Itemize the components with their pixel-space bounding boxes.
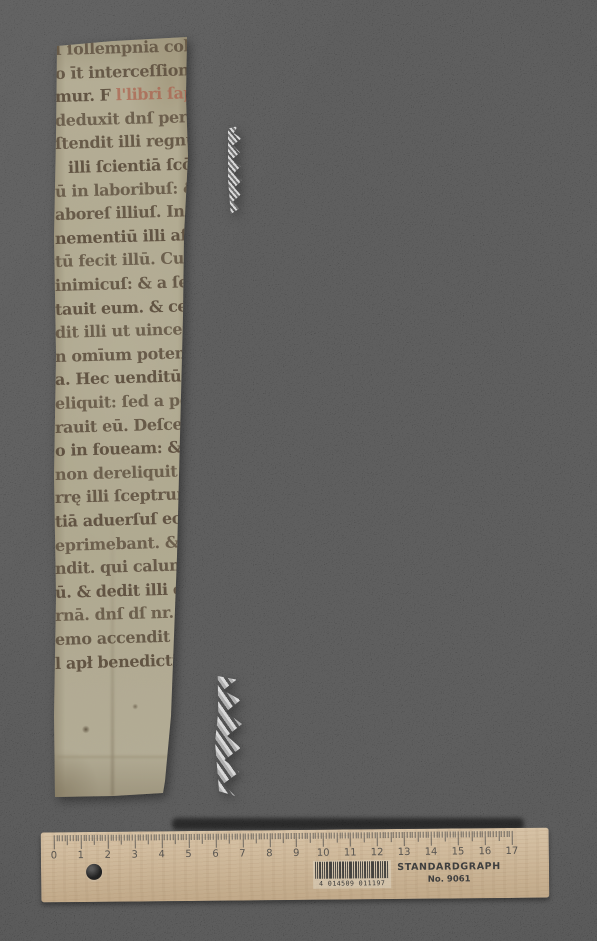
manuscript-line: mur. F l'libri ſap' <box>55 83 190 107</box>
barcode-bar <box>364 861 366 878</box>
manuscript-line: l apł benedicti abb <box>55 649 190 673</box>
ruler-tick <box>425 832 426 838</box>
ruler-tick <box>401 832 402 838</box>
ruler-tick <box>70 835 71 841</box>
ruler-tick <box>118 835 119 841</box>
manuscript-line: eprimebant. & me <box>55 531 190 555</box>
ink-text: eliquit: ſed a pecc <box>55 390 190 413</box>
ruler-tick <box>151 834 152 840</box>
ruler-tick <box>161 834 162 848</box>
ink-text: ū. & dedit illi cl <box>55 579 188 602</box>
ruler-tick <box>229 834 230 844</box>
ruler-tick <box>361 832 362 838</box>
ruler-number: 3 <box>131 850 137 861</box>
ruler-tick <box>372 832 373 838</box>
ruler-number: 10 <box>317 848 330 859</box>
ruler-tick <box>323 833 324 847</box>
manuscript-line: illi ſcientiā ſcōr. <box>68 154 190 178</box>
ruler-number: 13 <box>398 847 411 858</box>
ruler-tick <box>213 834 214 840</box>
ruler-tick <box>264 833 265 839</box>
ink-text: ndit. qui calumpn <box>55 555 190 578</box>
ruler-tick <box>258 833 259 839</box>
ink-text: dit illi ut uincer <box>55 319 190 342</box>
ruler-tick <box>202 834 203 844</box>
manuscript-line: tū fecit illū. Cuſt <box>55 248 190 272</box>
barcode-bar <box>337 862 338 879</box>
barcode-bar <box>347 861 348 878</box>
ruler-tick <box>126 835 127 841</box>
ruler-tick <box>471 831 472 841</box>
ruler-tick <box>428 832 429 838</box>
ruler-number: 11 <box>344 847 357 858</box>
ruler-tick <box>186 834 187 840</box>
ruler-tick <box>207 834 208 840</box>
ruler-tick <box>506 831 507 837</box>
ruler-tick <box>358 832 359 838</box>
ink-text: ſ ſollempnia coli <box>55 36 190 59</box>
ruler-tick <box>404 832 405 846</box>
ruler-tick <box>164 834 165 840</box>
ruler-model: No. 9061 <box>393 874 505 885</box>
manuscript-line: eliquit: ſed a pecc <box>55 390 190 414</box>
ruler-tick <box>62 835 63 841</box>
ruler-tick <box>466 831 467 837</box>
ruler-tick <box>234 834 235 840</box>
ink-text: tū fecit illū. Cuſt <box>55 248 190 271</box>
ruler-tick <box>143 834 144 840</box>
barcode-bar <box>333 862 334 879</box>
manuscript-line: non dereliquit illi <box>55 461 190 485</box>
ruler-tick <box>409 832 410 838</box>
ruler-tick <box>342 833 343 839</box>
ruler-tick <box>196 834 197 840</box>
ruler-tick <box>310 833 311 843</box>
ink-text: rauit eū. Deſcen <box>55 414 190 437</box>
ruler-tick <box>81 835 82 849</box>
ink-text: n omīum potenti <box>55 343 190 366</box>
ruler-tick <box>482 831 483 837</box>
ruler-tick <box>215 834 216 848</box>
ruler-tick <box>474 831 475 837</box>
ruler-tick <box>105 835 106 841</box>
manuscript-line: deduxit dnſ per u <box>55 107 190 131</box>
ruler-tick <box>388 832 389 838</box>
ruler-tick <box>296 833 297 847</box>
ruler-tick <box>302 833 303 839</box>
barcode-bar <box>319 862 321 879</box>
ink-text: ū in laboribuſ: & <box>55 178 190 201</box>
ink-text: illi ſcientiā ſcōr. <box>68 154 190 177</box>
ruler-tick <box>431 832 432 846</box>
ruler-tick <box>490 831 491 837</box>
ruler-tick <box>417 832 418 842</box>
barcode-bar <box>355 861 357 878</box>
ink-text: l apł benedicti abb <box>55 649 190 672</box>
ruler-tick <box>97 835 98 841</box>
ink-text: eprimebant. & me <box>55 531 190 554</box>
manuscript-line: a. Hec uenditū <box>55 367 182 391</box>
ruler-tick <box>495 831 496 837</box>
ruler-number: 14 <box>425 847 438 858</box>
ruler-tick <box>439 832 440 838</box>
ruler-tick <box>434 832 435 838</box>
ruler-tick <box>458 831 459 845</box>
ruler-tick <box>223 834 224 840</box>
ruler-tick <box>415 832 416 838</box>
ruler-tick <box>159 834 160 840</box>
manuscript-line: rnā. dnſ dſ nr. · <box>55 603 185 627</box>
barcode-bar <box>349 861 352 878</box>
ruler-tick <box>291 833 292 839</box>
parchment-crease <box>111 506 114 796</box>
ink-text: tiā aduerſuſ eoſ <box>55 508 189 531</box>
ink-text: rrę illi ſceptrum <box>55 485 190 508</box>
ruler-number: 17 <box>505 846 518 857</box>
ruler-tick <box>199 834 200 840</box>
ruler-tick <box>132 835 133 841</box>
ruler-tick <box>512 831 513 845</box>
ruler-tick <box>86 835 87 841</box>
ruler-tick <box>345 833 346 839</box>
ruler-tick <box>328 833 329 839</box>
ruler-tick <box>493 831 494 837</box>
ruler-tick <box>248 833 249 839</box>
ruler-tick <box>374 832 375 838</box>
ruler-number: 6 <box>212 849 218 860</box>
manuscript-line: rauit eū. Deſcen <box>55 414 190 438</box>
ruler-tick <box>170 834 171 840</box>
ruler-tick <box>237 834 238 840</box>
manuscript-line: ū in laboribuſ: & <box>55 178 190 202</box>
ruler-tick <box>110 835 111 841</box>
ruler-tick <box>145 834 146 840</box>
ruler-tick <box>175 834 176 844</box>
ruler-tick <box>504 831 505 837</box>
ruler-tick <box>194 834 195 840</box>
rubric-text: · <box>173 603 184 622</box>
barcode-bar <box>358 861 359 878</box>
manuscript-line: inimicuſ: & a ſed <box>55 272 190 296</box>
ruler-tick <box>64 835 65 841</box>
ruler-tick <box>460 831 461 837</box>
manuscript-line: aboreſ illiuſ. In fr <box>55 201 190 225</box>
ruler-tick <box>320 833 321 839</box>
ruler-number: 16 <box>478 846 491 857</box>
ruler-tick <box>226 834 227 840</box>
ruler-number: 0 <box>51 850 57 861</box>
ruler-tick <box>178 834 179 840</box>
ruler-tick <box>315 833 316 839</box>
ruler-tick <box>78 835 79 841</box>
ruler-tick <box>337 833 338 843</box>
barcode-bar <box>371 861 374 878</box>
ink-text: aboreſ illiuſ. In fr <box>55 201 190 224</box>
barcode-bar <box>384 861 386 878</box>
ink-text: o in foueam: & in u <box>55 437 190 461</box>
parchment-fold <box>57 756 177 758</box>
wooden-ruler: 01234567891011121314151617 4 014509 0111… <box>41 828 550 903</box>
barcode-bars <box>315 861 389 879</box>
ruler-tick <box>377 832 378 846</box>
barcode-bar <box>326 862 328 879</box>
parchment-surface: ſ ſollempnia colio īt interceſſionimur. … <box>53 36 190 798</box>
ruler-tick <box>102 835 103 841</box>
manuscript-line: emo accendit lu <box>55 626 190 650</box>
ruler-tick <box>73 835 74 841</box>
ruler-tick <box>277 833 278 839</box>
ruler-tick <box>288 833 289 839</box>
ruler-tick <box>253 833 254 839</box>
ruler-tick <box>156 834 157 840</box>
ruler-number: 2 <box>105 850 111 861</box>
barcode-bar <box>380 861 381 878</box>
ruler-tick <box>240 834 241 840</box>
barcode-bar <box>342 862 344 879</box>
ruler-tick <box>108 835 109 849</box>
ruler-tick <box>172 834 173 840</box>
ruler-tick <box>94 835 95 845</box>
ruler-tick <box>231 834 232 840</box>
ruler-tick <box>380 832 381 838</box>
ink-text: inimicuſ: & a ſed <box>55 272 190 295</box>
ruler-tick <box>191 834 192 840</box>
ink-text: o īt interceſſioni <box>55 60 190 83</box>
barcode-bar <box>353 861 354 878</box>
ruler-tick <box>347 832 348 838</box>
ruler-tick <box>221 834 222 840</box>
ruler-tick <box>436 832 437 838</box>
ruler-tick <box>350 832 351 846</box>
ruler-tick <box>116 835 117 841</box>
ruler-tick <box>450 832 451 838</box>
ruler-tick <box>312 833 313 839</box>
ink-text: non dereliquit illi <box>55 461 190 484</box>
ruler-tick <box>153 834 154 840</box>
ruler-tick <box>67 835 68 845</box>
manuscript-line: ū. & dedit illi cl <box>55 579 188 603</box>
ruler-tick <box>353 832 354 838</box>
ruler-tick <box>477 831 478 837</box>
ruler-tick <box>91 835 92 841</box>
barcode-bar <box>315 862 316 879</box>
ruler-tick <box>339 833 340 839</box>
ruler-tick <box>369 832 370 838</box>
ruler-tick <box>399 832 400 838</box>
barcode-bar <box>369 861 370 878</box>
manuscript-line: tiā aduerſuſ eoſ <box>55 508 189 532</box>
ruler-tick <box>485 831 486 845</box>
ink-text: mur. F <box>55 85 116 106</box>
ruler-tick <box>326 833 327 839</box>
ruler-tick <box>355 832 356 838</box>
ruler-tick <box>183 834 184 840</box>
ruler-number: 5 <box>185 849 191 860</box>
barcode-bar <box>322 862 323 879</box>
ruler-brand: STANDARDGRAPH <box>393 861 505 873</box>
ruler-tick <box>56 835 57 841</box>
ruler-tick <box>269 833 270 847</box>
ink-text: a. Hec uenditū <box>55 367 182 390</box>
manuscript-text: ſ ſollempnia colio īt interceſſionimur. … <box>53 36 190 798</box>
ruler-tick <box>205 834 206 840</box>
ruler-tick <box>498 831 499 841</box>
manuscript-line: rrę illi ſceptrum <box>55 485 190 509</box>
ruler-tick <box>59 835 60 841</box>
ruler-tick <box>99 835 100 841</box>
barcode-bar <box>375 861 376 878</box>
ruler-tick <box>280 833 281 839</box>
barcode-bar <box>317 862 318 879</box>
ruler-tick <box>469 831 470 837</box>
ruler-tick <box>463 831 464 837</box>
barcode-bar <box>367 861 368 878</box>
ruler-tick <box>89 835 90 841</box>
ink-text: emo accendit lu <box>55 626 190 649</box>
ink-text: tauit eum. & ce <box>55 296 188 319</box>
ink-text: nementiū illi affi <box>55 225 190 248</box>
barcode: 4 014509 011197 <box>313 860 391 889</box>
manuscript-line: ndit. qui calumpn <box>55 555 190 579</box>
ink-text: deduxit dnſ per u <box>55 107 190 130</box>
ruler-tick <box>148 834 149 844</box>
barcode-bar <box>345 862 346 879</box>
barcode-bar <box>362 861 363 878</box>
barcode-bar <box>382 861 383 878</box>
ruler-tick <box>140 834 141 840</box>
ruler-tick <box>366 832 367 838</box>
ruler-tick <box>407 832 408 838</box>
ruler-tick <box>509 831 510 837</box>
ruler-tick <box>501 831 502 837</box>
ruler-tick <box>390 832 391 842</box>
ruler-tick <box>245 833 246 839</box>
ruler-tick <box>447 832 448 838</box>
ruler-number: 8 <box>266 848 272 859</box>
ruler-tick <box>396 832 397 838</box>
photo-stage: ſ ſollempnia colio īt interceſſionimur. … <box>0 0 597 941</box>
ruler-tick <box>135 835 136 849</box>
manuscript-line: ſtendit illi regnū <box>55 130 190 154</box>
ruler-tick <box>250 833 251 839</box>
barcode-bar <box>377 861 379 878</box>
manuscript-line: nementiū illi affi <box>55 225 190 249</box>
manuscript-line: tauit eum. & ce <box>55 296 188 320</box>
ruler-tick <box>304 833 305 839</box>
ruler-tick <box>54 835 55 849</box>
ruler-tick <box>420 832 421 838</box>
ruler-tick <box>124 835 125 841</box>
manuscript-line: n omīum potenti <box>55 343 190 367</box>
ruler-tick <box>385 832 386 838</box>
manuscript-line: o in foueam: & in u <box>55 437 190 462</box>
ruler-tick <box>242 833 243 847</box>
barcode-digits: 4 014509 011197 <box>313 879 391 888</box>
ruler-tick <box>75 835 76 841</box>
ruler-tick <box>318 833 319 839</box>
ruler-tick <box>285 833 286 839</box>
barcode-bar <box>324 862 325 879</box>
manuscript-fragment: ſ ſollempnia colio īt interceſſionimur. … <box>53 36 190 798</box>
ruler-tick <box>442 832 443 838</box>
ruler-tick <box>121 835 122 845</box>
barcode-bar <box>387 861 388 878</box>
ruler-tick <box>479 831 480 837</box>
ruler-tick <box>307 833 308 839</box>
ruler-tick <box>299 833 300 839</box>
manuscript-line: dit illi ut uincer <box>55 319 190 343</box>
ruler-tick <box>272 833 273 839</box>
ruler-tick <box>334 833 335 839</box>
ruler-number: 12 <box>371 847 384 858</box>
ruler-tick <box>210 834 211 840</box>
barcode-bar <box>329 862 332 879</box>
ruler-tick <box>83 835 84 841</box>
ruler-tick <box>275 833 276 839</box>
ruler-tick <box>412 832 413 838</box>
ruler-tick <box>113 835 114 841</box>
ruler-tick <box>382 832 383 838</box>
ruler-tick <box>256 833 257 843</box>
ruler-number: 4 <box>158 849 164 860</box>
ruler-tick <box>331 833 332 839</box>
barcode-bar <box>360 861 361 878</box>
ink-text: ſtendit illi regnū <box>55 130 190 153</box>
rubric-text: l'libri ſap' <box>115 83 190 104</box>
ink-text: rnā. dnſ dſ nr. <box>55 603 174 625</box>
barcode-bar <box>335 862 336 879</box>
ruler-tick <box>283 833 284 843</box>
ruler-tick <box>423 832 424 838</box>
ruler-tick <box>452 831 453 837</box>
ruler-tick <box>267 833 268 839</box>
ruler-tick <box>218 834 219 840</box>
manuscript-line: o īt interceſſioni <box>55 60 190 84</box>
ruler-tick <box>455 831 456 837</box>
manuscript-line: ſ ſollempnia coli <box>55 36 190 60</box>
ruler-tick <box>444 832 445 842</box>
barcode-bar <box>339 862 341 879</box>
ruler-tick <box>137 835 138 841</box>
ruler-number: 9 <box>293 848 299 859</box>
ruler-tick <box>261 833 262 839</box>
ruler-number: 1 <box>78 850 84 861</box>
ruler-tick <box>363 832 364 842</box>
ruler-tick <box>180 834 181 840</box>
ruler-tick <box>393 832 394 838</box>
ruler-hole <box>86 864 102 880</box>
ruler-tick <box>188 834 189 848</box>
ruler-tick <box>293 833 294 839</box>
ruler-tick <box>129 835 130 841</box>
ruler-tick <box>487 831 488 837</box>
ruler-tick <box>167 834 168 840</box>
ruler-number: 7 <box>239 848 245 859</box>
ruler-number: 15 <box>452 846 465 857</box>
